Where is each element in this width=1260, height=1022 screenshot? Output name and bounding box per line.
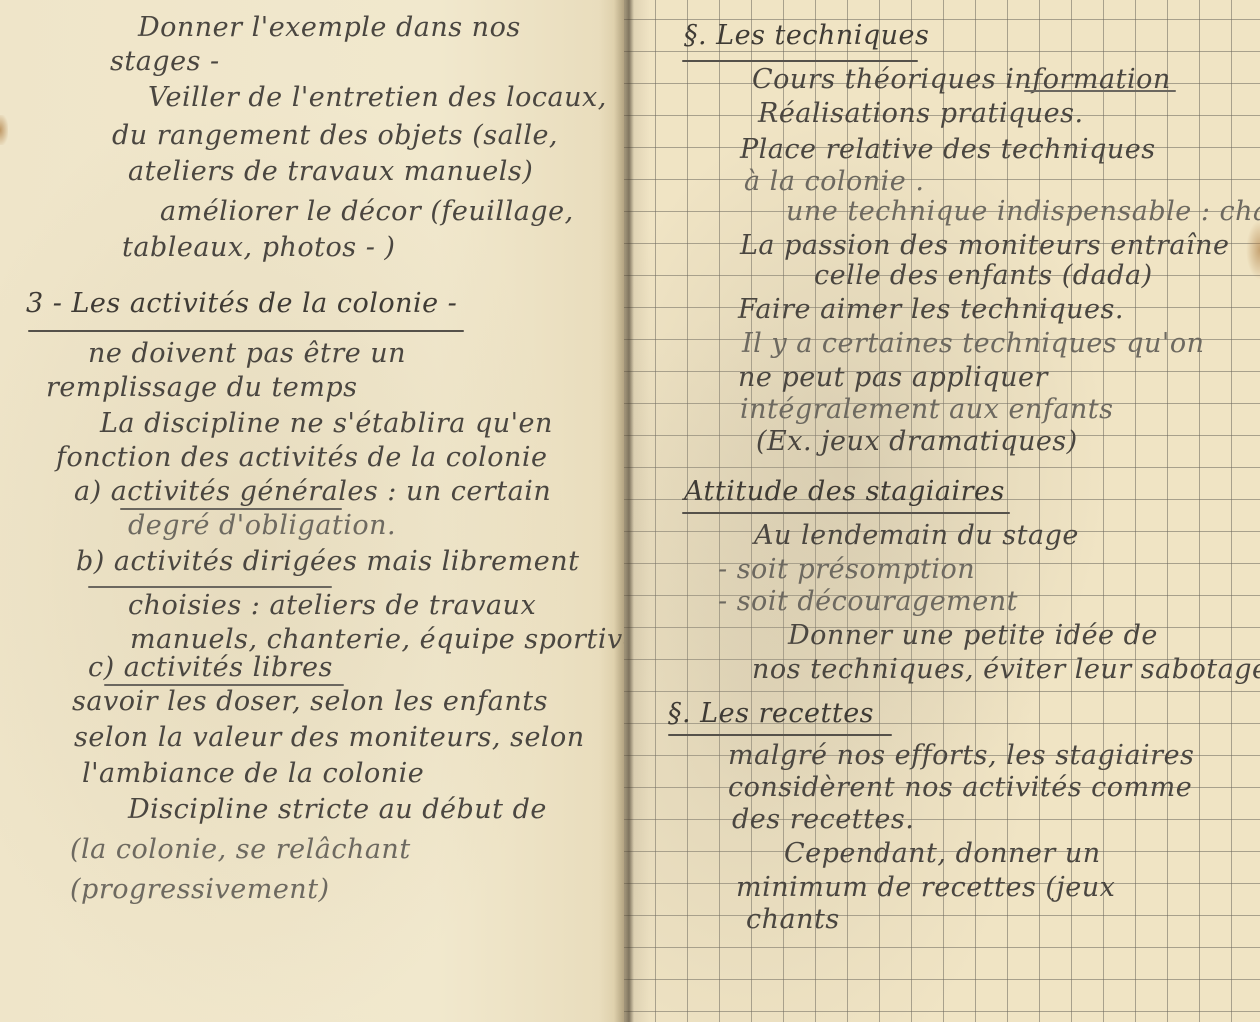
text-line: Donner l'exemple dans nos [138, 14, 521, 41]
section-heading: §. Les recettes [668, 700, 874, 727]
text-line: Faire aimer les techniques. [738, 296, 1124, 323]
text-line: Cependant, donner un [784, 840, 1101, 867]
section-heading: §. Les techniques [684, 22, 929, 49]
text-line: manuels, chanterie, équipe sportive. [130, 626, 624, 653]
left-page: Donner l'exemple dans nos stages - Veill… [0, 0, 624, 1022]
text-line: chants [746, 906, 840, 933]
edge-stain [1246, 220, 1260, 280]
heading-underline [28, 330, 464, 332]
heading-underline [668, 734, 892, 736]
text-line: tableaux, photos - ) [122, 234, 395, 261]
text-line: considèrent nos activités comme [728, 774, 1192, 801]
text-line: malgré nos efforts, les stagiaires [728, 742, 1194, 769]
text-line: l'ambiance de la colonie [82, 760, 424, 787]
text-line: Donner une petite idée de [788, 622, 1158, 649]
text-line: (progressivement) [70, 876, 330, 903]
text-line: remplissage du temps [46, 374, 358, 401]
text-line: celle des enfants (dada) [814, 262, 1153, 289]
text-line: ne doivent pas être un [88, 340, 406, 367]
text-line: - soit présomption [718, 556, 975, 583]
heading-underline [682, 60, 918, 62]
text-line: ateliers de travaux manuels) [128, 158, 533, 185]
text-line: à la colonie . [744, 168, 924, 195]
section-heading: 3 - Les activités de la colonie - [26, 290, 457, 317]
text-line: intégralement aux enfants [740, 396, 1114, 423]
heading-underline [682, 512, 1010, 514]
text-line: Au lendemain du stage [754, 522, 1079, 549]
text-line: Place relative des techniques [740, 136, 1156, 163]
text-line: c) activités libres [88, 654, 333, 681]
text-line: minimum de recettes (jeux [736, 874, 1115, 901]
text-line: Discipline stricte au début de [128, 796, 547, 823]
text-line: Cours théoriques information [752, 66, 1171, 93]
text-line: nos techniques, éviter leur sabotage [752, 656, 1260, 683]
section-heading: Attitude des stagiaires [684, 478, 1005, 505]
text-line: Veiller de l'entretien des locaux, [148, 84, 607, 111]
underline [1024, 90, 1176, 92]
text-line: Réalisations pratiques. [758, 100, 1084, 127]
text-line: degré d'obligation. [128, 512, 396, 539]
text-line: (la colonie, se relâchant [70, 836, 411, 863]
text-line: (Ex. jeux dramatiques) [756, 428, 1078, 455]
text-line: ne peut pas appliquer [738, 364, 1048, 391]
text-line: stages - [110, 48, 220, 75]
text-line: savoir les doser, selon les enfants [72, 688, 548, 715]
text-line: Il y a certaines techniques qu'on [742, 330, 1205, 357]
text-line: fonction des activités de la colonie [56, 444, 547, 471]
text-line: La discipline ne s'établira qu'en [100, 410, 553, 437]
text-line: des recettes. [732, 806, 914, 833]
text-line: améliorer le décor (feuillage, [160, 198, 574, 225]
right-page: §. Les techniques Cours théoriques infor… [624, 0, 1260, 1022]
text-line: La passion des moniteurs entraîne [740, 232, 1229, 259]
notebook-spread: Donner l'exemple dans nos stages - Veill… [0, 0, 1260, 1022]
text-line: b) activités dirigées mais librement [76, 548, 579, 575]
text-line: une technique indispensable : chant [786, 198, 1260, 225]
text-line: du rangement des objets (salle, [112, 122, 558, 149]
text-line: - soit découragement [718, 588, 1018, 615]
text-line: choisies : ateliers de travaux [128, 592, 536, 619]
edge-stain [0, 115, 8, 145]
text-line: a) activités générales : un certain [74, 478, 551, 505]
text-line: selon la valeur des moniteurs, selon [74, 724, 585, 751]
underline [88, 586, 332, 588]
